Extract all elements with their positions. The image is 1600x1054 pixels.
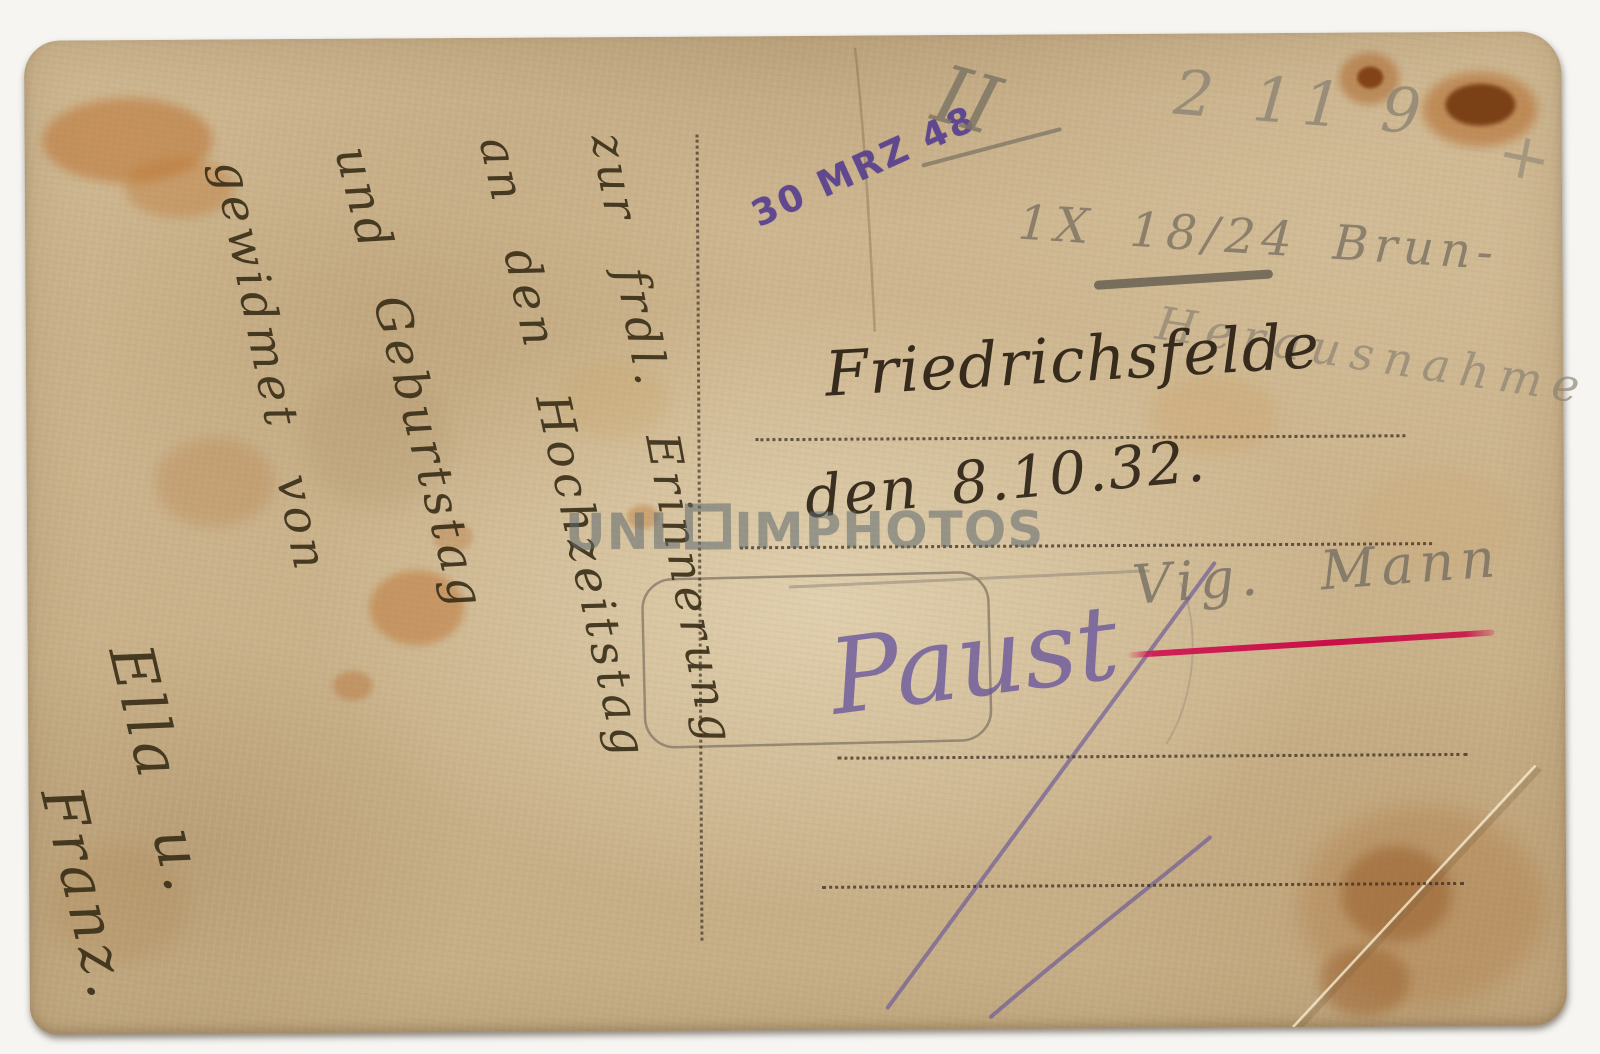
address-dotted-line [822, 882, 1464, 889]
watermark-text-right: IMPHOTOS [734, 500, 1044, 560]
pencil-note-cross: + [1491, 116, 1558, 199]
rust-stain [42, 98, 213, 184]
watermark-logo-icon [685, 503, 731, 549]
pencil-note-number: 2 11 9 [1171, 56, 1433, 150]
watermark-text-left: UNL [565, 503, 683, 562]
pencil-note-format: 1X 18/24 Brun- [1016, 195, 1500, 282]
rust-stain [154, 437, 275, 528]
crease-shadow-bottom-right [1295, 768, 1541, 1029]
rust-stain [1341, 846, 1452, 942]
signature-flourish-stroke [990, 837, 1211, 1016]
message-line: Franz. [27, 780, 144, 1009]
watermark: UNLIMPHOTOS [565, 500, 1045, 561]
pencil-underline-1824 [1098, 274, 1268, 285]
signature: Paust [823, 581, 1126, 739]
address-dotted-line [837, 753, 1467, 760]
message-line: und Geburtstag [323, 141, 496, 618]
crease-line-bottom-right [1291, 765, 1537, 1026]
postcard: zur frdl. Erinnerung an den Hochzeitstag… [24, 31, 1567, 1034]
red-underline [1127, 629, 1495, 658]
rust-stain [1320, 946, 1410, 1017]
rust-stain [333, 671, 373, 701]
rust-stain [1299, 805, 1545, 1006]
pencil-note-roman-numeral: II [924, 47, 1010, 154]
place-name: Friedrichsfelde [823, 309, 1322, 411]
message-line: Ella u. [95, 638, 222, 903]
message-line: gewidmet von [202, 155, 339, 578]
pencil-note-name: Vig. Mann [1130, 526, 1503, 617]
